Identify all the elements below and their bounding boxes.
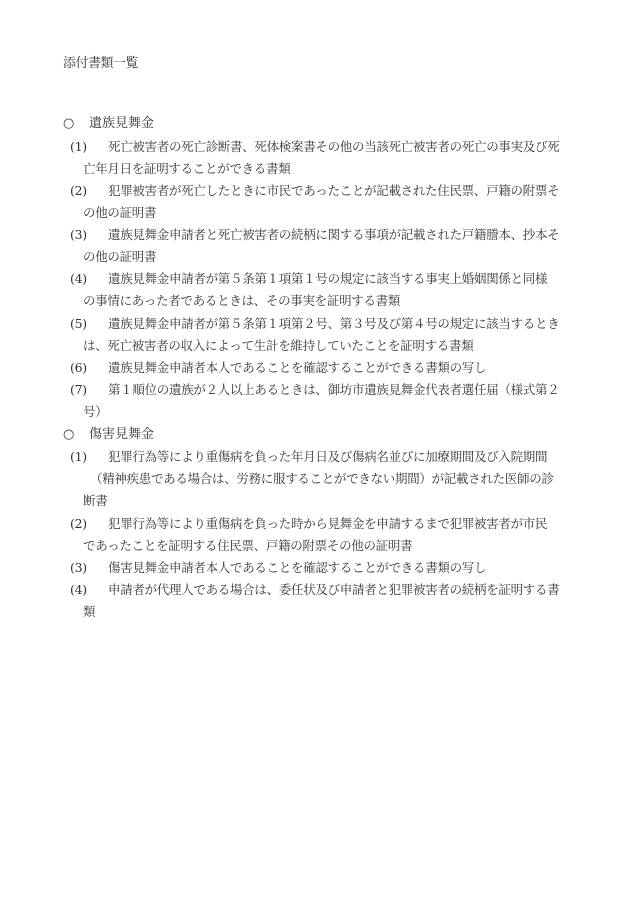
circle-bullet-icon: ○ (63, 426, 89, 444)
item-text-line: 類 (70, 601, 565, 623)
item-number: (3) (70, 224, 100, 246)
list-item: (4) 申請者が代理人である場合は、委任状及び申請者と犯罪被害者の続柄を証明する… (70, 579, 565, 623)
item-text-line: であったことを証明する住民票、戸籍の附票その他の証明書 (70, 535, 565, 557)
item-text-line: 傷害見舞金申請者本人であることを確認することができる書類の写し (70, 557, 565, 579)
document-title: 添付書類一覧 (63, 55, 138, 73)
item-number: (1) (70, 446, 100, 468)
list-item: (2) 犯罪行為等により重傷病を負った時から見舞金を申請するまで犯罪被害者が市民… (70, 513, 565, 557)
section-title: 傷害見舞金 (89, 427, 154, 442)
section-heading-bereaved-family: ○遺族見舞金 (63, 115, 154, 133)
item-number: (4) (70, 579, 100, 601)
circle-bullet-icon: ○ (63, 115, 89, 133)
item-text-line: 死亡被害者の死亡診断書、死体検案書その他の当該死亡被害者の死亡の事実及び死 (70, 136, 565, 158)
item-number: (7) (70, 379, 100, 401)
item-text-line: の他の証明書 (70, 246, 565, 268)
item-text-line: 遺族見舞金申請者本人であることを確認することができる書類の写し (70, 357, 565, 379)
section-title: 遺族見舞金 (89, 116, 154, 131)
item-text-line: の他の証明書 (70, 202, 565, 224)
item-text-line: 遺族見舞金申請者と死亡被害者の続柄に関する事項が記載された戸籍謄本、抄本そ (70, 224, 565, 246)
list-item: (3) 遺族見舞金申請者と死亡被害者の続柄に関する事項が記載された戸籍謄本、抄本… (70, 224, 565, 268)
document-page: 添付書類一覧 ○遺族見舞金 (1) 死亡被害者の死亡診断書、死体検案書その他の当… (0, 0, 630, 903)
list-item: (6) 遺族見舞金申請者本人であることを確認することができる書類の写し (70, 357, 565, 379)
list-item: (3) 傷害見舞金申請者本人であることを確認することができる書類の写し (70, 557, 565, 579)
item-text-line: 犯罪行為等により重傷病を負った時から見舞金を申請するまで犯罪被害者が市民 (70, 513, 565, 535)
item-number: (6) (70, 357, 100, 379)
item-number: (5) (70, 313, 100, 335)
item-text-line: 申請者が代理人である場合は、委任状及び申請者と犯罪被害者の続柄を証明する書 (70, 579, 565, 601)
section-heading-injury: ○傷害見舞金 (63, 426, 154, 444)
list-item: (4) 遺族見舞金申請者が第５条第１項第１号の規定に該当する事実上婚姻関係と同様… (70, 268, 565, 312)
item-text-line: 犯罪被害者が死亡したときに市民であったことが記載された住民票、戸籍の附票そ (70, 180, 565, 202)
item-text-line: 断書 (70, 490, 565, 512)
item-text-line: 亡年月日を証明することができる書類 (70, 158, 565, 180)
item-number: (2) (70, 513, 100, 535)
list-item: (2) 犯罪被害者が死亡したときに市民であったことが記載された住民票、戸籍の附票… (70, 180, 565, 224)
list-item: (5) 遺族見舞金申請者が第５条第１項第２号、第３号及び第４号の規定に該当すると… (70, 313, 565, 357)
item-text-line: 第１順位の遺族が２人以上あるときは、御坊市遺族見舞金代表者選任届（様式第２ (70, 379, 565, 401)
item-text-line: 遺族見舞金申請者が第５条第１項第２号、第３号及び第４号の規定に該当するとき (70, 313, 565, 335)
list-item: (1) 死亡被害者の死亡診断書、死体検案書その他の当該死亡被害者の死亡の事実及び… (70, 136, 565, 180)
item-text-line: 犯罪行為等により重傷病を負った年月日及び傷病名並びに加療期間及び入院期間 (70, 446, 565, 468)
item-text-line: 号） (70, 401, 565, 423)
list-item: (7) 第１順位の遺族が２人以上あるときは、御坊市遺族見舞金代表者選任届（様式第… (70, 379, 565, 423)
item-number: (2) (70, 180, 100, 202)
item-number: (1) (70, 136, 100, 158)
item-text-line: は、死亡被害者の収入によって生計を維持していたことを証明する書類 (70, 335, 565, 357)
item-number: (3) (70, 557, 100, 579)
item-number: (4) (70, 268, 100, 290)
item-text-line: 遺族見舞金申請者が第５条第１項第１号の規定に該当する事実上婚姻関係と同様 (70, 268, 565, 290)
list-item: (1) 犯罪行為等により重傷病を負った年月日及び傷病名並びに加療期間及び入院期間… (70, 446, 565, 512)
item-text-line: の事情にあった者であるときは、その事実を証明する書類 (70, 290, 565, 312)
item-text-line: （精神疾患である場合は、労務に服することができない期間）が記載された医師の診 (70, 468, 565, 490)
